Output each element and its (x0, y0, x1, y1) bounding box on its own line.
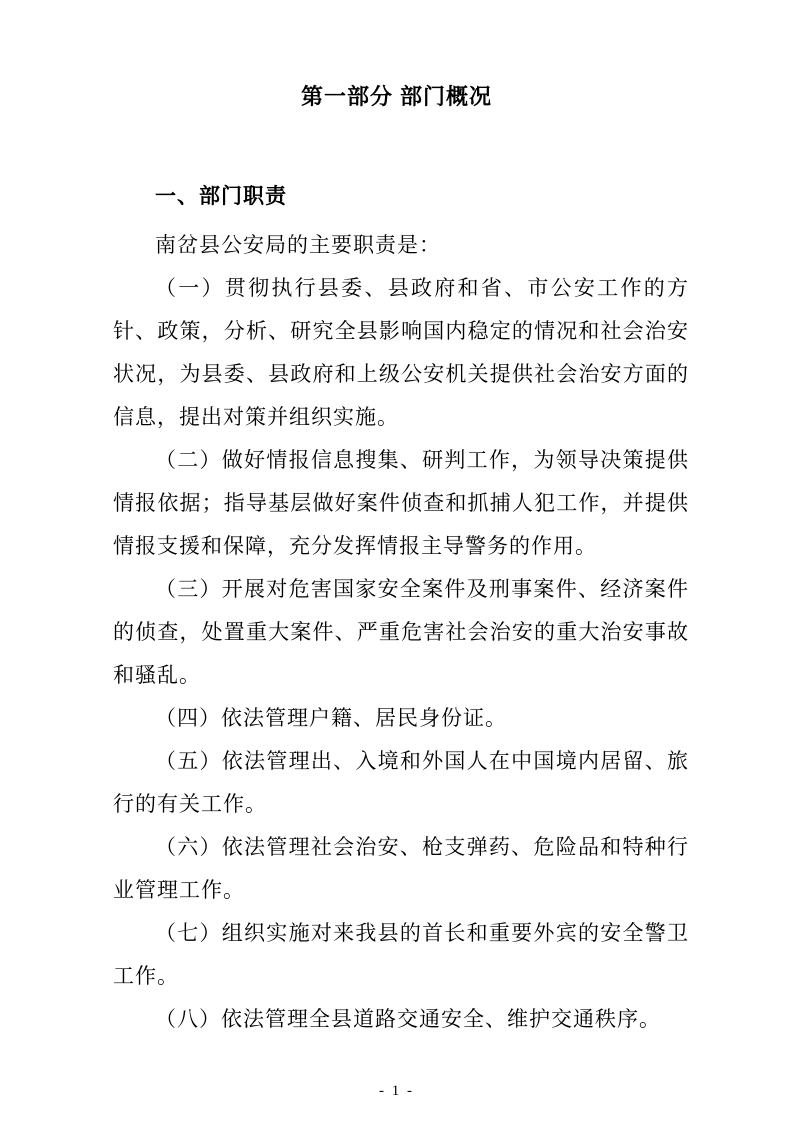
duty-item-5: （五）依法管理出、入境和外国人在中国境内居留、旅行的有关工作。 (113, 740, 689, 826)
document-title: 第一部分 部门概况 (0, 84, 793, 110)
duty-item-2: （二）做好情报信息搜集、研判工作，为领导决策提供情报依据；指导基层做好案件侦查和… (113, 439, 689, 568)
document-body: 一、部门职责 南岔县公安局的主要职责是： （一）贯彻执行县委、县政府和省、市公安… (113, 182, 689, 1041)
duty-item-7: （七）组织实施对来我县的首长和重要外宾的安全警卫工作。 (113, 912, 689, 998)
duty-item-8: （八）依法管理全县道路交通安全、维护交通秩序。 (113, 998, 689, 1041)
duty-item-4: （四）依法管理户籍、居民身份证。 (113, 697, 689, 740)
duty-item-3: （三）开展对危害国家安全案件及刑事案件、经济案件的侦查，处置重大案件、严重危害社… (113, 568, 689, 697)
duty-item-1: （一）贯彻执行县委、县政府和省、市公安工作的方针、政策，分析、研究全县影响国内稳… (113, 267, 689, 439)
document-page: 第一部分 部门概况 一、部门职责 南岔县公安局的主要职责是： （一）贯彻执行县委… (0, 0, 793, 1122)
paragraph-list: 南岔县公安局的主要职责是： （一）贯彻执行县委、县政府和省、市公安工作的方针、政… (113, 224, 689, 1041)
intro-paragraph: 南岔县公安局的主要职责是： (113, 224, 689, 267)
duty-item-6: （六）依法管理社会治安、枪支弹药、危险品和特种行业管理工作。 (113, 826, 689, 912)
section-heading: 一、部门职责 (113, 182, 689, 212)
page-number: - 1 - (0, 1082, 793, 1100)
